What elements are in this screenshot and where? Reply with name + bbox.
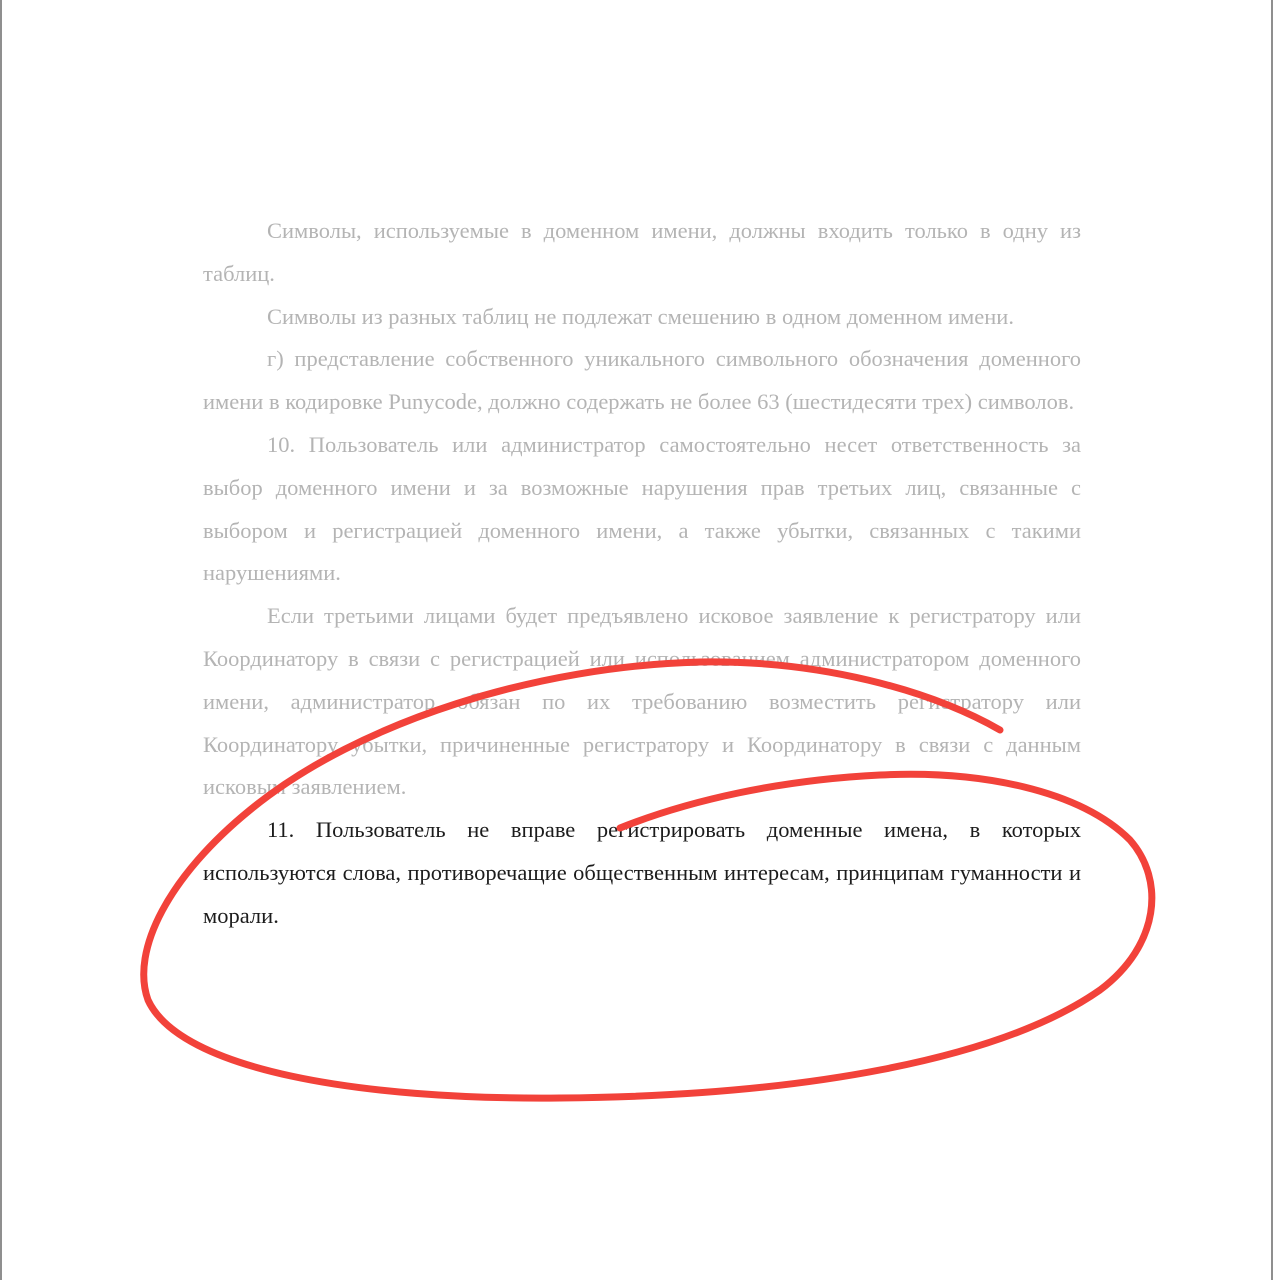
paragraph-11-prohibited-words: 11. Пользователь не вправе регистрироват… xyxy=(203,809,1081,937)
page-edge-left xyxy=(0,0,2,1280)
paragraph-symbols-no-mixing: Символы из разных таблиц не подлежат сме… xyxy=(203,296,1081,339)
paragraph-10-responsibility: 10. Пользователь или администратор самос… xyxy=(203,424,1081,595)
paragraph-claims-compensation: Если третьими лицами будет предъявлено и… xyxy=(203,595,1081,809)
paragraph-punycode-limit: г) представление собственного уникальног… xyxy=(203,338,1081,424)
paragraph-symbols-one-table: Символы, используемые в доменном имени, … xyxy=(203,210,1081,296)
document-page: Символы, используемые в доменном имени, … xyxy=(203,210,1081,938)
